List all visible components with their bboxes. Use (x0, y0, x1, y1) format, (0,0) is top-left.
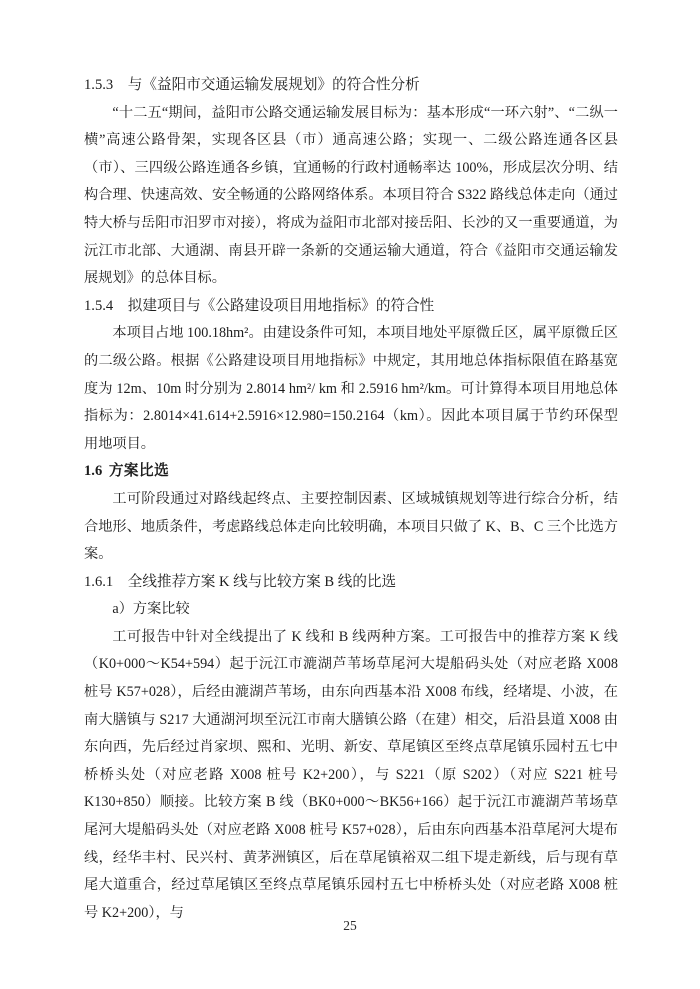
heading-number: 1.6.1 (84, 574, 113, 590)
heading-title: 与《益阳市交通运输发展规划》的符合性分析 (128, 77, 420, 93)
section-heading-1-6-1: 1.6.1全线推荐方案 K 线与比较方案 B 线的比选 (84, 569, 618, 597)
heading-number: 1.5.3 (84, 77, 113, 93)
heading-title: 方案比选 (109, 463, 169, 479)
list-item-a-scheme-comparison: a）方案比较 (84, 596, 618, 624)
paragraph-k-line-b-line-description: 工可报告中针对全线提出了 K 线和 B 线两种方案。工可报告中的推荐方案 K 线… (84, 624, 618, 928)
section-heading-1-6: 1.6方案比选 (84, 458, 618, 486)
heading-number: 1.6 (84, 463, 102, 479)
paragraph-land-use-index: 本项目占地 100.18hm²。由建设条件可知，本项目地处平原微丘区，属平原微丘… (84, 320, 618, 458)
heading-title: 全线推荐方案 K 线与比较方案 B 线的比选 (128, 574, 396, 590)
heading-number: 1.5.4 (84, 298, 113, 314)
page-number: 25 (0, 918, 700, 934)
heading-title: 拟建项目与《公路建设项目用地指标》的符合性 (128, 298, 434, 314)
paragraph-transport-plan-compliance: “十二五“期间，益阳市公路交通运输发展目标为：基本形成“一环六射”、“二纵一横”… (84, 100, 618, 293)
section-heading-1-5-3: 1.5.3与《益阳市交通运输发展规划》的符合性分析 (84, 72, 618, 100)
document-page: 1.5.3与《益阳市交通运输发展规划》的符合性分析 “十二五“期间，益阳市公路交… (0, 0, 700, 989)
section-heading-1-5-4: 1.5.4拟建项目与《公路建设项目用地指标》的符合性 (84, 293, 618, 321)
page-content: 1.5.3与《益阳市交通运输发展规划》的符合性分析 “十二五“期间，益阳市公路交… (84, 72, 618, 927)
paragraph-scheme-comparison-intro: 工可阶段通过对路线起终点、主要控制因素、区域城镇规划等进行综合分析，结合地形、地… (84, 486, 618, 569)
